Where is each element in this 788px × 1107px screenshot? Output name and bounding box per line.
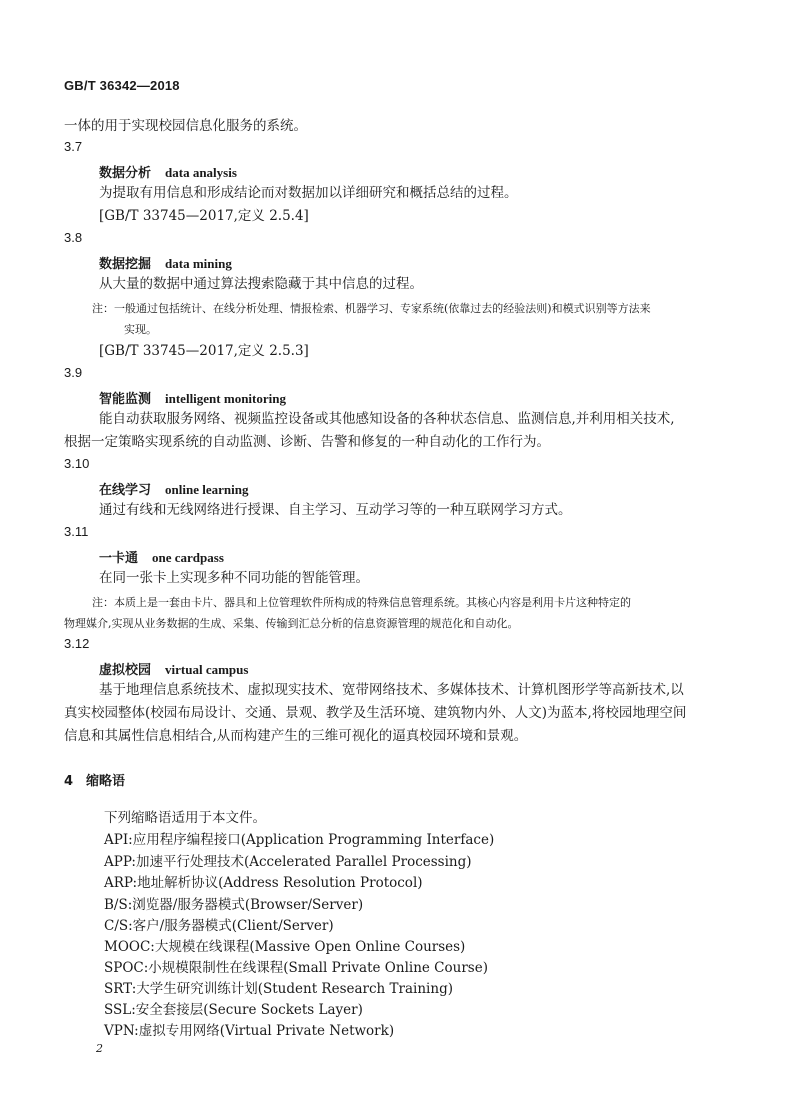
abbreviation-item: SRT:大学生研究训练计划(Student Research Training) — [104, 977, 453, 997]
term-zh: 虚拟校园 — [99, 663, 151, 678]
note-continued: 实现。 — [124, 321, 157, 337]
term-heading: 数据分析data analysis — [99, 162, 237, 181]
abbreviation-item: APP:加速平行处理技术(Accelerated Parallel Proces… — [104, 850, 472, 870]
abbreviation-item: ARP:地址解析协议(Address Resolution Protocol) — [104, 871, 423, 891]
term-en: data analysis — [165, 165, 237, 180]
abbreviation-item: B/S:浏览器/服务器模式(Browser/Server) — [104, 893, 363, 913]
definition: 从大量的数据中通过算法搜索隐藏于其中信息的过程。 — [99, 274, 423, 294]
abbreviation-item: MOOC:大规模在线课程(Massive Open Online Courses… — [104, 935, 465, 955]
source-citation: [GB/T 33745—2017,定义 2.5.3] — [99, 341, 309, 361]
definition: 能自动获取服务网络、视频监控设备或其他感知设备的各种状态信息、监测信息,并利用相… — [99, 409, 675, 429]
continuation-text: 一体的用于实现校园信息化服务的系统。 — [64, 116, 307, 136]
term-zh: 在线学习 — [99, 483, 151, 498]
term-zh: 一卡通 — [99, 551, 138, 566]
definition-continued: 真实校园整体(校园布局设计、交通、景观、教学及生活环境、建筑物内外、人文)为蓝本… — [64, 703, 686, 723]
term-en: one cardpass — [152, 550, 224, 565]
term-heading: 在线学习online learning — [99, 479, 248, 498]
abbreviation-item: SPOC:小规模限制性在线课程(Small Private Online Cou… — [104, 956, 488, 976]
term-en: virtual campus — [165, 662, 248, 677]
entry-number: 3.10 — [64, 456, 89, 471]
definition: 为提取有用信息和形成结论而对数据加以详细研究和概括总结的过程。 — [99, 183, 518, 203]
entry-number: 3.8 — [64, 230, 82, 245]
term-zh: 智能监测 — [99, 392, 151, 407]
term-heading: 智能监测intelligent monitoring — [99, 388, 286, 407]
abbreviation-item: SSL:安全套接层(Secure Sockets Layer) — [104, 998, 363, 1018]
definition: 通过有线和无线网络进行授课、自主学习、互动学习等的一种互联网学习方式。 — [99, 500, 572, 520]
entry-number: 3.12 — [64, 636, 89, 651]
entry-number: 3.7 — [64, 139, 82, 154]
note: 注：一般通过包括统计、在线分析处理、情报检索、机器学习、专家系统(依靠过去的经验… — [92, 300, 651, 316]
section-intro: 下列缩略语适用于本文件。 — [104, 806, 266, 826]
term-en: online learning — [165, 482, 248, 497]
definition-continued: 根据一定策略实现系统的自动监测、诊断、告警和修复的一种自动化的工作行为。 — [64, 432, 550, 452]
abbreviation-item: VPN:虚拟专用网络(Virtual Private Network) — [104, 1019, 394, 1039]
term-en: intelligent monitoring — [165, 391, 286, 406]
term-heading: 一卡通one cardpass — [99, 547, 224, 566]
term-en: data mining — [165, 256, 232, 271]
standard-id-header: GB/T 36342—2018 — [64, 78, 180, 93]
term-zh: 数据分析 — [99, 166, 151, 181]
abbreviation-item: C/S:客户/服务器模式(Client/Server) — [104, 914, 334, 934]
term-zh: 数据挖掘 — [99, 257, 151, 272]
term-heading: 虚拟校园virtual campus — [99, 659, 248, 678]
abbreviation-item: API:应用程序编程接口(Application Programming Int… — [104, 828, 494, 848]
definition: 在同一张卡上实现多种不同功能的智能管理。 — [99, 568, 369, 588]
term-heading: 数据挖掘data mining — [99, 253, 232, 272]
entry-number: 3.9 — [64, 365, 82, 380]
definition: 基于地理信息系统技术、虚拟现实技术、宽带网络技术、多媒体技术、计算机图形学等高新… — [99, 680, 684, 700]
section-heading: 4缩略语 — [64, 770, 125, 789]
page-number: 2 — [96, 1042, 103, 1055]
entry-number: 3.11 — [64, 524, 88, 539]
note: 注：本质上是一套由卡片、器具和上位管理软件所构成的特殊信息管理系统。其核心内容是… — [92, 594, 631, 610]
section-number: 4 — [64, 774, 86, 789]
note-continued: 物理媒介,实现从业务数据的生成、采集、传输到汇总分析的信息资源管理的规范化和自动… — [64, 615, 519, 631]
section-title: 缩略语 — [86, 774, 125, 789]
source-citation: [GB/T 33745—2017,定义 2.5.4] — [99, 206, 309, 226]
definition-continued: 信息和其属性信息相结合,从而构建产生的三维可视化的逼真校园环境和景观。 — [64, 726, 527, 746]
